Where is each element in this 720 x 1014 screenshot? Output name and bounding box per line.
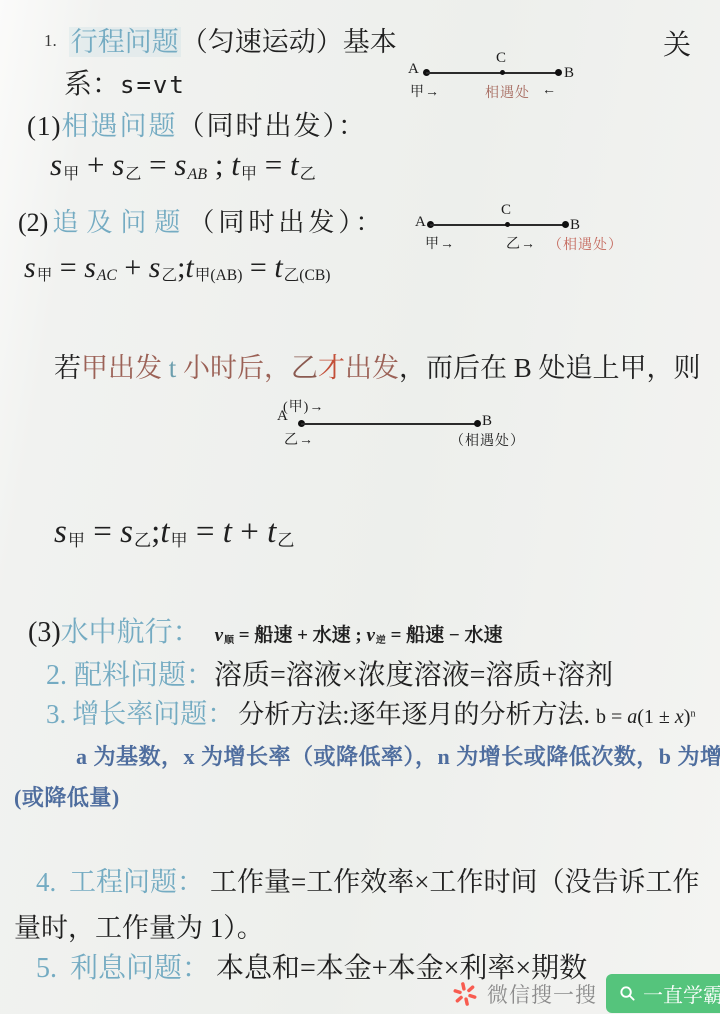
item-work-number: 4.: [36, 867, 56, 897]
diagram1-point-c-dot: [500, 70, 505, 75]
pursuit-note-seg3: t: [162, 353, 183, 383]
subheading-pursuit: (2)追及问题（同时出发）：: [18, 202, 385, 239]
notes-page: 1.行程问题（匀速运动）基本 关 系：s=vt A C B 甲→ 相遇处 ← (…: [0, 0, 720, 1014]
subheading-meeting: (1)相遇问题（同时出发）：: [27, 104, 367, 143]
subheading-pursuit-title: 追及问题: [52, 208, 188, 237]
heading-travel-problem: 1.行程问题（匀速运动）基本: [44, 20, 397, 59]
diagram2-point-c-dot: [505, 222, 510, 227]
diagram1-meeting-point-label: 相遇处: [485, 82, 530, 102]
relation-equation: s=vt: [120, 71, 186, 99]
wrapped-char-guan: 关: [663, 23, 691, 63]
formula-delayed-start: s甲 = s乙;t甲 = t + t乙: [54, 514, 294, 551]
item-mixture-body: 溶质=溶液×浓度溶液=溶质+溶剂: [214, 660, 613, 691]
pursuit-note-seg7: 出发: [345, 353, 399, 383]
growth-note-line2: (或降低量): [14, 781, 120, 812]
formula-meeting: s甲 + s乙 = sAB ; t甲 = t乙: [50, 147, 316, 184]
diagram1-point-b-label: B: [564, 65, 574, 82]
heading-travel-rest: （匀速运动）基本: [181, 27, 397, 57]
item-interest-title: 利息问题：: [70, 953, 210, 984]
item-growth-number: 3.: [46, 699, 66, 730]
diagram3-segment: [301, 423, 477, 425]
diagram2-point-a-label: A: [415, 214, 426, 231]
subheading-meeting-rest: （同时出发）：: [177, 111, 367, 141]
wechat-sousou-icon: [450, 978, 481, 1009]
relation-label: 系：: [64, 69, 120, 100]
pursuit-note-seg5: 乙: [291, 353, 318, 383]
formula-pursuit: s甲 = sAC + s乙;t甲(AB) = t乙(CB): [24, 251, 330, 285]
diagram2-mover-jia: 甲→: [425, 233, 455, 253]
diagram1-mover-yi-arrow: ←: [542, 83, 557, 99]
diagram1-mover-jia: 甲→: [410, 81, 440, 101]
watermark: 微信搜一搜 一直学霸: [452, 974, 720, 1013]
pursuit-note-seg2: 甲出发: [81, 353, 162, 383]
diagram3-mover-yi: 乙→: [284, 429, 314, 449]
diagram3-point-a-label: A: [277, 408, 288, 425]
diagram1-point-a-label: A: [408, 61, 419, 78]
diagram2-mover-yi: 乙→: [506, 233, 536, 253]
item-work: 4. 工程问题：工作量=工作效率×工作时间（没告诉工作: [36, 860, 699, 899]
diagram-meeting: A C B 甲→ 相遇处 ←: [402, 52, 602, 107]
subheading-meeting-title: 相遇问题: [61, 111, 177, 141]
diagram2-point-c-label: C: [501, 202, 511, 219]
diagram1-point-c-label: C: [496, 50, 506, 67]
diagram1-segment: [426, 72, 560, 74]
item-mixture-number: 2.: [46, 660, 67, 691]
item-work-line2: 量时，工作量为 1）。: [14, 906, 264, 945]
watermark-brand: 微信搜一搜: [487, 979, 597, 1009]
watermark-badge-text: 一直学霸: [643, 979, 720, 1008]
diagram2-segment: [430, 224, 565, 226]
item-work-title: 工程问题：: [69, 867, 204, 897]
subheading-boat-number: (3): [28, 617, 61, 648]
diagram3-point-b-dot: [474, 420, 481, 427]
formula-boat: v顺 = 船速 + 水速 ; v逆 = 船速 − 水速: [215, 620, 503, 647]
diagram2-point-b-dot: [562, 221, 569, 228]
subheading-pursuit-number: (2): [18, 208, 48, 237]
item-growth-title: 增长率问题：: [72, 692, 234, 731]
subheading-pursuit-rest: （同时出发）：: [188, 208, 385, 237]
item-growth-rate: 3. 增长率问题：分析方法:逐年逐月的分析方法. b = a(1 ± x)n: [46, 692, 695, 731]
diagram3-mover-jia: (甲)→: [283, 396, 324, 416]
item-work-body1: 工作量=工作效率×工作时间（没告诉工作: [210, 867, 699, 897]
relation-line: 系：s=vt: [64, 62, 186, 102]
growth-note-line1: a 为基数，x 为增长率（或降低率），n 为增长或降低次数，b 为增长量: [76, 740, 720, 771]
pursuit-note-seg6: 才: [318, 353, 345, 383]
subheading-meeting-number: (1): [27, 111, 61, 141]
watermark-search-badge: 一直学霸: [606, 974, 720, 1013]
subheading-boat-title: 水中航行：: [61, 617, 201, 648]
pursuit-note-sentence: 若甲出发 t 小时后，乙才出发，而后在 B 处追上甲，则: [54, 346, 701, 385]
diagram-pursuit: A C B 甲→ 乙→ （相遇处）: [400, 202, 665, 257]
diagram3-meeting-point-label: （相遇处）: [450, 430, 525, 450]
diagram2-meeting-point-label: （相遇处）: [548, 234, 623, 254]
diagram-delayed-start: (甲)→ A B 乙→ （相遇处）: [270, 396, 530, 454]
diagram1-point-b-dot: [555, 69, 562, 76]
pursuit-note-seg1: 若: [54, 353, 81, 383]
item-growth-body: 分析方法:逐年逐月的分析方法.: [238, 694, 590, 731]
search-icon: [619, 985, 636, 1002]
item-mixture: 2. 配料问题：溶质=溶液×浓度溶液=溶质+溶剂: [46, 653, 613, 693]
item-interest-number: 5.: [36, 953, 57, 984]
item-mixture-title: 配料问题：: [74, 660, 214, 691]
subheading-boat: (3)水中航行： v顺 = 船速 + 水速 ; v逆 = 船速 − 水速: [28, 610, 502, 650]
heading-travel-title: 行程问题: [69, 27, 181, 57]
item-number: 1.: [44, 31, 57, 50]
pursuit-note-seg8: ，而后在 B 处追上甲，则: [399, 353, 701, 383]
formula-growth: b = a(1 ± x)n: [596, 706, 695, 729]
diagram2-point-b-label: B: [570, 217, 580, 234]
diagram3-point-b-label: B: [482, 413, 492, 430]
pursuit-note-seg4: 小时后，: [183, 353, 291, 383]
